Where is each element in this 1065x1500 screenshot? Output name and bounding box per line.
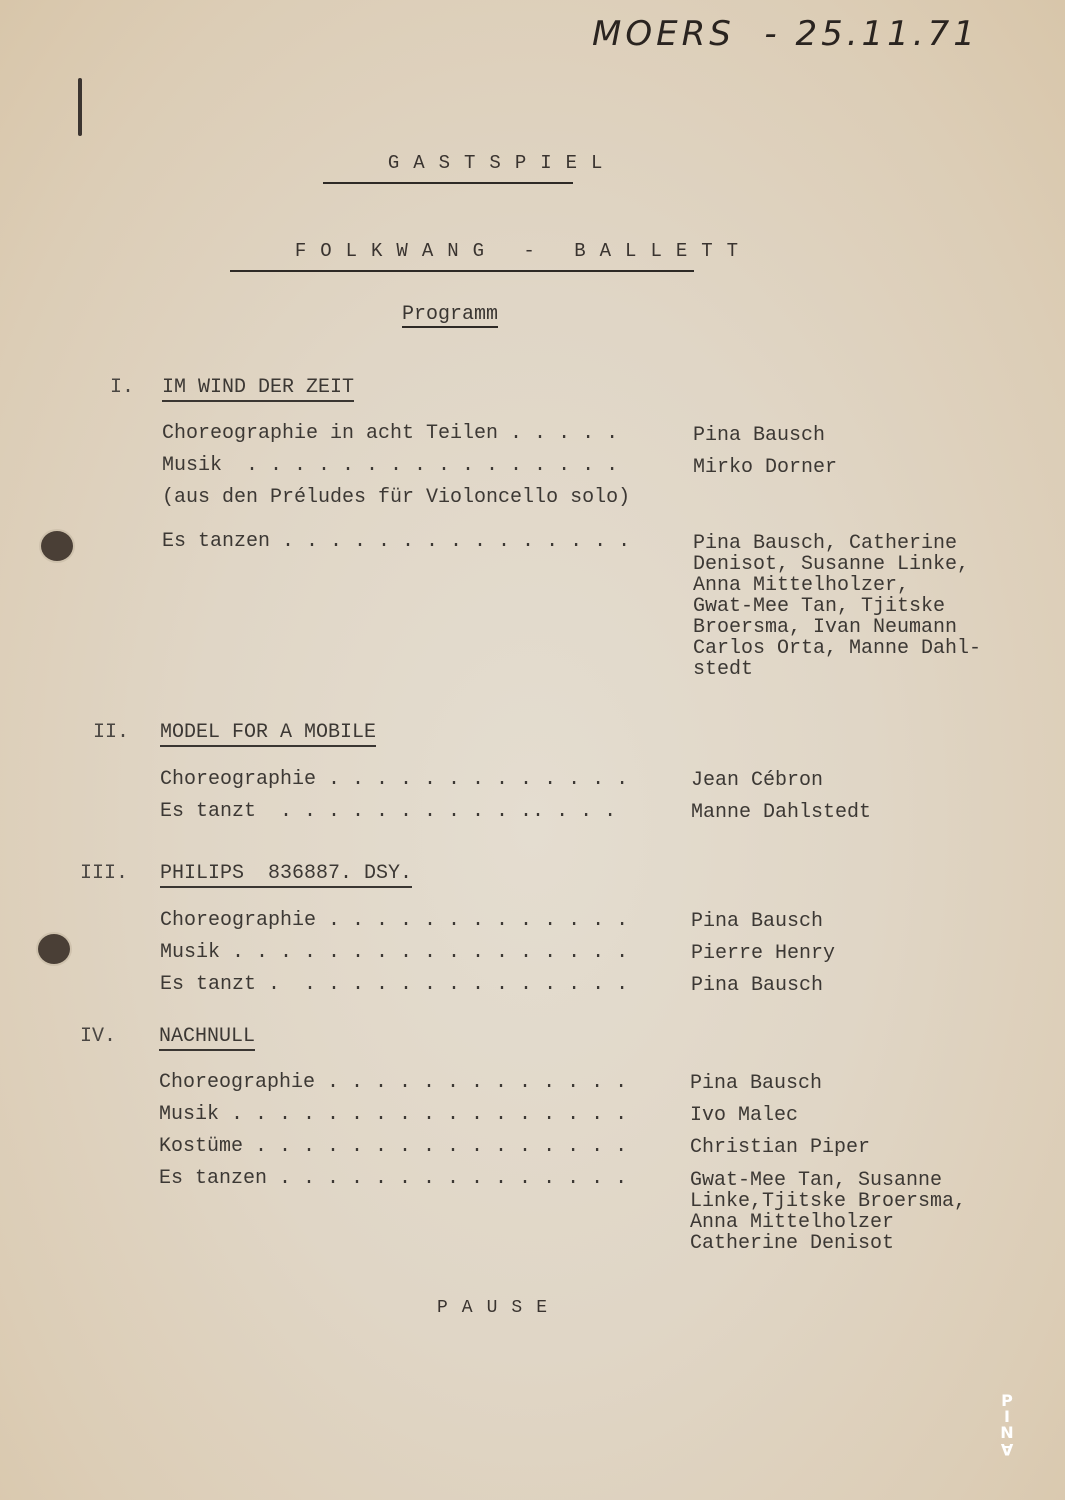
section-3-row-2-value: Pierre Henry [691,938,835,970]
punch-hole-top [41,531,73,561]
section-3-title: PHILIPS 836887. DSY. [160,862,412,888]
logo-letter-a: A [997,1441,1017,1457]
pina-logo: P I N A [997,1393,1017,1457]
section-3-row-3-value: Pina Bausch [691,970,823,1002]
section-2-row-2-value: Manne Dahlstedt [691,797,871,829]
section-3-numeral: III. [80,862,128,885]
section-4-row-4-label: Es tanzen . . . . . . . . . . . . . . . [159,1163,639,1195]
section-3-row-1-value: Pina Bausch [691,906,823,938]
section-4-row-2-label: Musik . . . . . . . . . . . . . . . . . [159,1099,639,1131]
section-4-row-2-value: Ivo Malec [690,1100,798,1132]
header-subtitle: Programm [402,304,498,328]
section-2-row-2-label: Es tanzt . . . . . . . . . . .. . . . [160,796,628,828]
section-1-row-2-label: Musik . . . . . . . . . . . . . . . . [162,450,630,482]
header-company: FOLKWANG - BALLETT [230,218,694,272]
section-3-row-1-label: Choreographie . . . . . . . . . . . . . [160,905,640,937]
section-1-row-2-value: Mirko Dorner [693,452,837,484]
section-1-numeral: I. [110,376,134,399]
section-4-row-4-value: Gwat-Mee Tan, Susanne Linke,Tjitske Broe… [690,1170,966,1254]
section-1-row-4-value: Pina Bausch, Catherine Denisot, Susanne … [693,533,981,680]
header-company-text: FOLKWANG - BALLETT [295,240,752,262]
section-3-row-3-label: Es tanzt . . . . . . . . . . . . . . . [160,969,640,1001]
section-2-row-1-value: Jean Cébron [691,765,823,797]
section-1-row-1-value: Pina Bausch [693,420,825,452]
section-2-title: MODEL FOR A MOBILE [160,721,376,747]
section-4-row-3-label: Kostüme . . . . . . . . . . . . . . . . [159,1131,639,1163]
section-1-row-4-label: Es tanzen . . . . . . . . . . . . . . . [162,526,642,558]
header-title: GASTSPIEL [323,130,573,184]
section-2-numeral: II. [93,721,129,744]
section-4-row-1-label: Choreographie . . . . . . . . . . . . . [159,1067,639,1099]
section-4-row-1-value: Pina Bausch [690,1068,822,1100]
logo-letter-n: N [997,1425,1017,1441]
bracket-mark [78,78,82,136]
punch-hole-bottom [38,934,70,964]
pause-label: PAUSE [437,1298,561,1318]
section-2-row-1-label: Choreographie . . . . . . . . . . . . . [160,764,640,796]
section-1-row-3-label: (aus den Préludes für Violoncello solo) [162,482,630,514]
header-title-text: GASTSPIEL [388,152,617,174]
section-4-row-3-value: Christian Piper [690,1132,870,1164]
section-4-title: NACHNULL [159,1025,255,1051]
section-4-numeral: IV. [80,1025,116,1048]
section-1-title: IM WIND DER ZEIT [162,376,354,402]
handwritten-note: MOERS - 25.11.71 [592,14,979,54]
section-3-row-2-label: Musik . . . . . . . . . . . . . . . . . [160,937,640,969]
section-1-row-1-label: Choreographie in acht Teilen . . . . . [162,418,630,450]
